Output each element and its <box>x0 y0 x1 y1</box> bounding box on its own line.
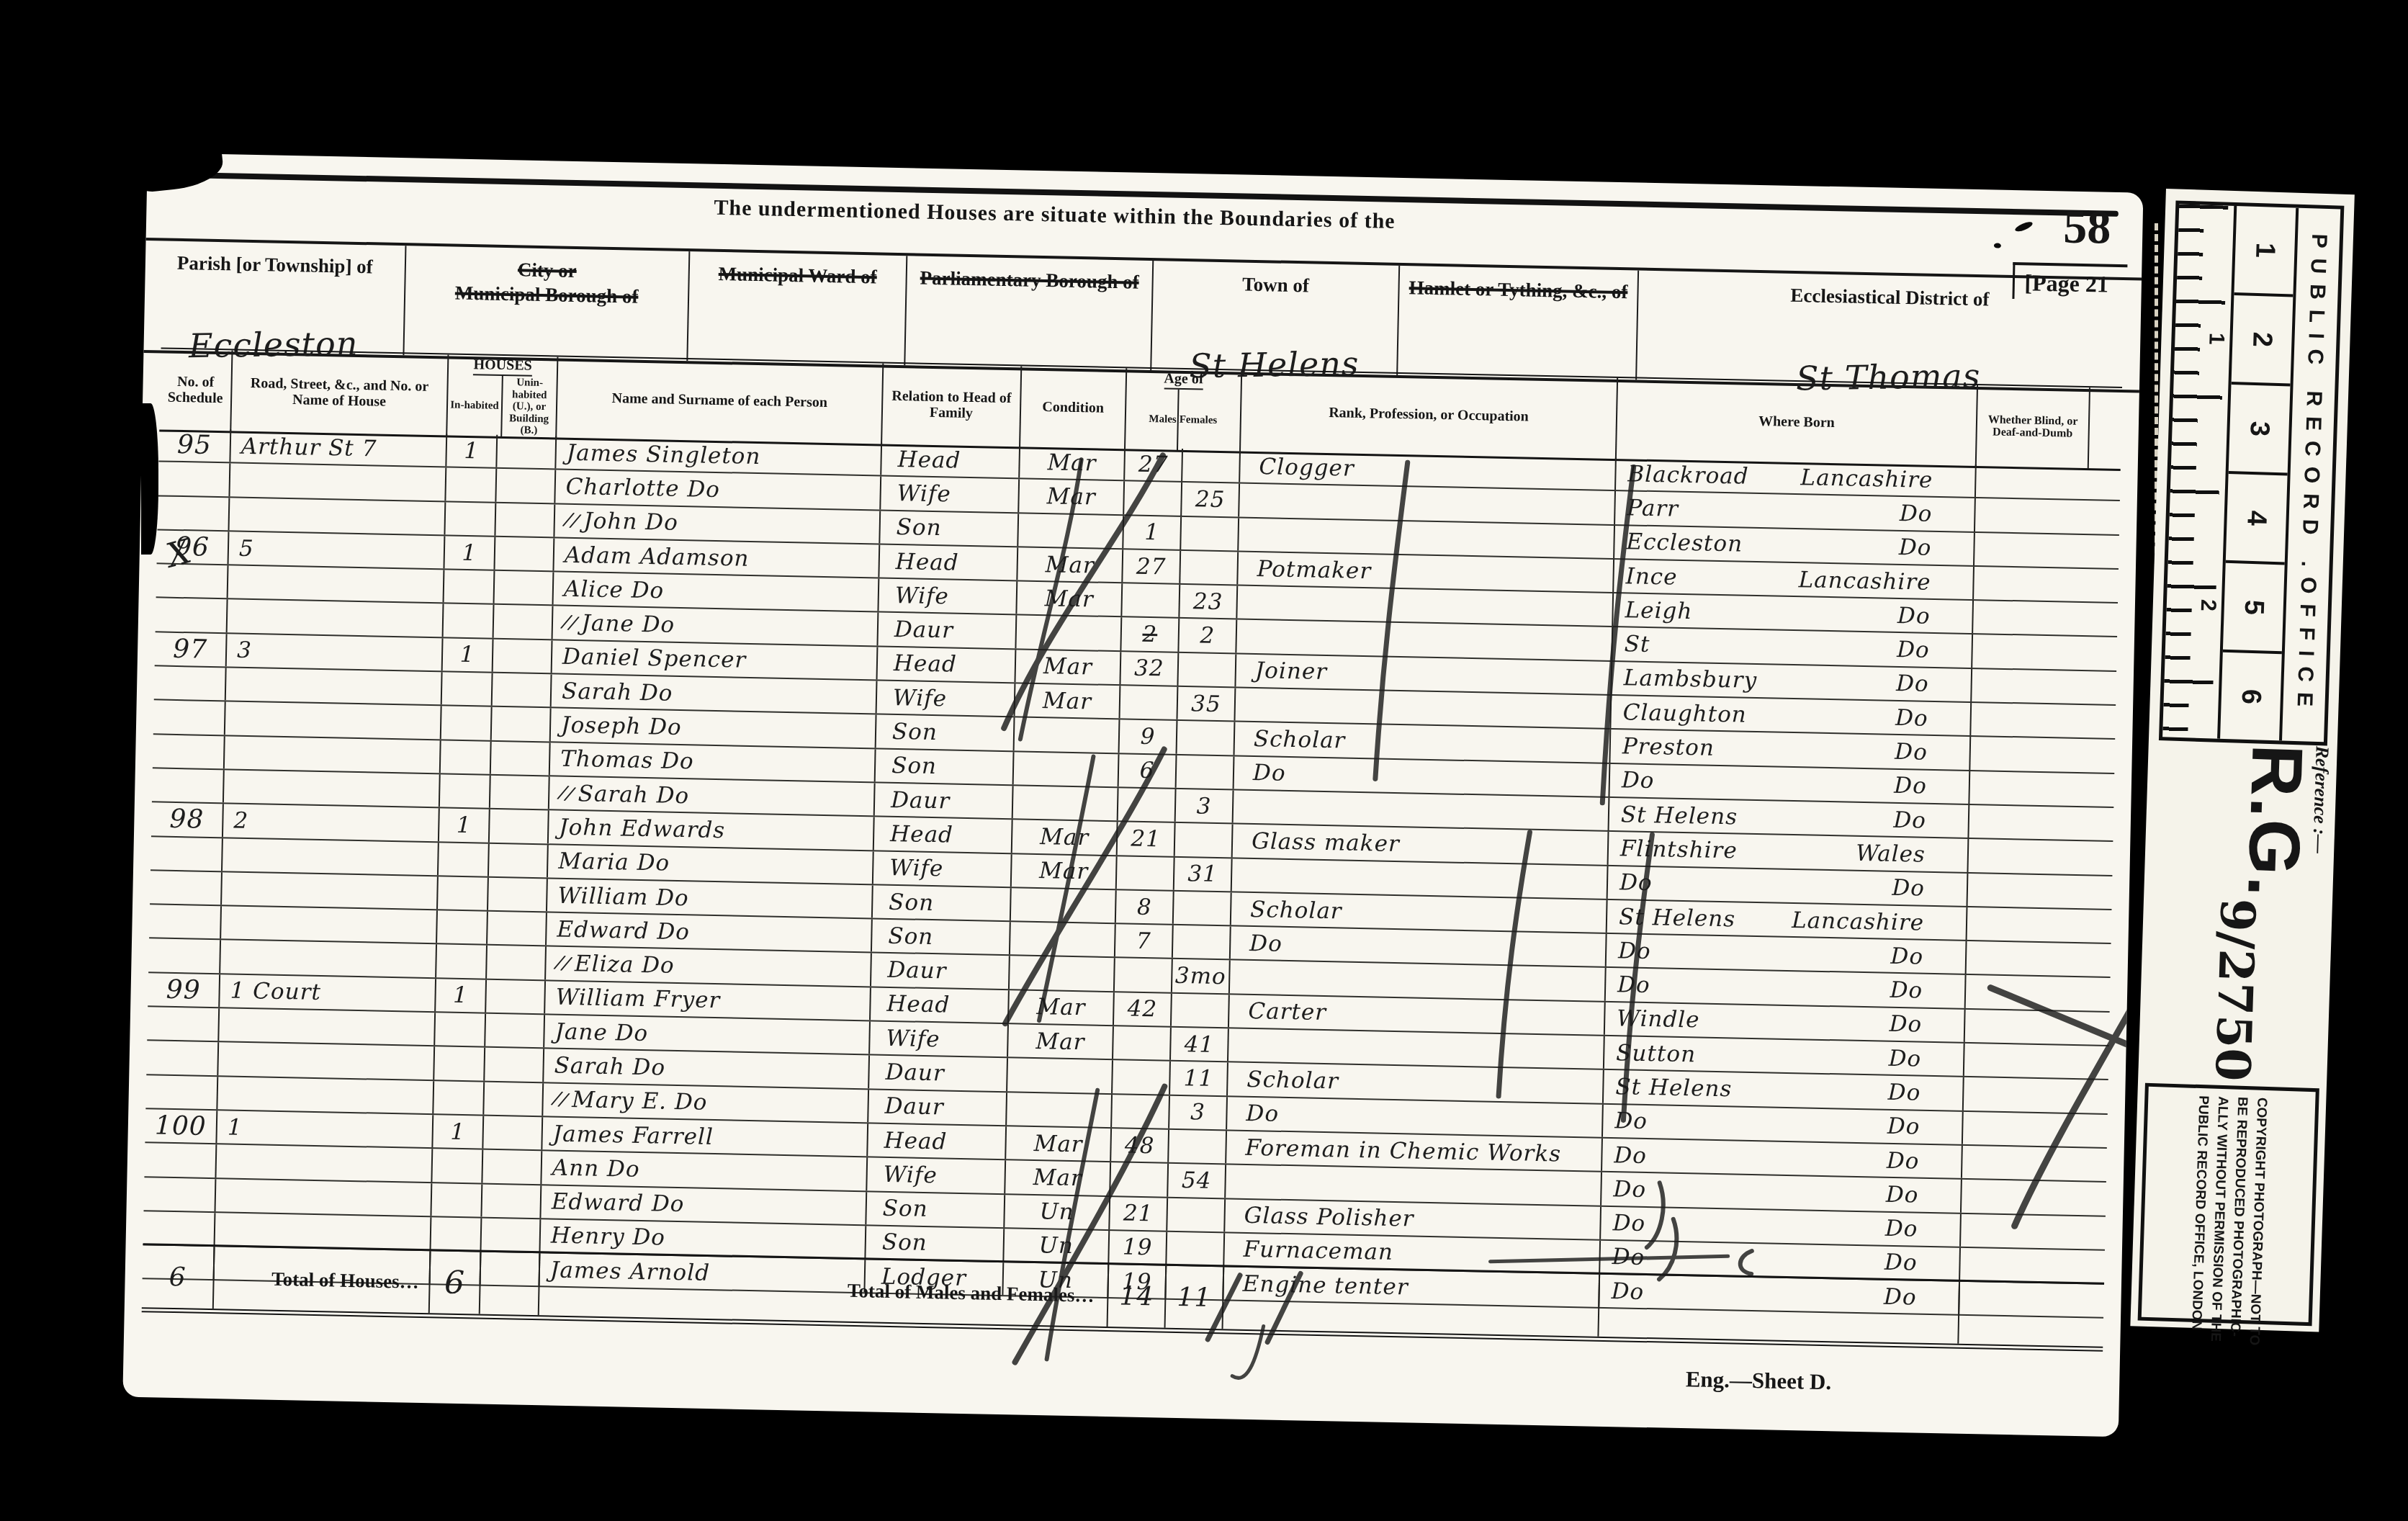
cell-age-female <box>1181 517 1239 551</box>
cell-name: //John Do <box>554 504 881 543</box>
cell-schedule: 97 <box>155 632 228 666</box>
cell-inhabited <box>444 570 495 604</box>
cell-age-female <box>1169 1130 1227 1164</box>
cell-inhabited <box>438 876 489 910</box>
col-females: Females <box>1178 390 1218 452</box>
header-field-5: Hamlet or Tything, &c., of <box>1398 266 1639 380</box>
cell-condition <box>1016 616 1122 650</box>
cell-blind <box>1965 1010 2078 1044</box>
cell-name: Edward Do <box>547 913 873 952</box>
cell-condition <box>1010 956 1115 991</box>
cell-blind <box>1974 567 2087 601</box>
col-houses: HOUSES <box>473 355 532 377</box>
cell-uninhabited <box>492 707 552 741</box>
cell-inhabited: 1 <box>433 1115 484 1149</box>
cell-blind <box>1963 1112 2076 1147</box>
cell-house: 1 <box>217 1111 433 1147</box>
cell-where-born: DoDo <box>1606 968 1967 1008</box>
cell-house <box>221 906 438 943</box>
cell-name: Adam Adamson <box>554 538 880 577</box>
header-field-label: Town of <box>1153 271 1398 300</box>
cell-schedule <box>150 837 223 871</box>
cell-age-female <box>1182 449 1241 483</box>
cell-age-male: 19 <box>1109 1231 1167 1265</box>
cell-name: Joseph Do <box>551 709 877 748</box>
cell-age-male <box>1113 1026 1172 1060</box>
cell-relation: Head <box>878 647 1017 682</box>
cell-age-female <box>1167 1198 1226 1231</box>
cell-where-born: St HelensDo <box>1604 1070 1964 1110</box>
cell-occupation <box>1239 518 1615 558</box>
col-uninhabited: Unin-habited (U.), or Building (B.) <box>502 376 557 438</box>
col-relation: Relation to Head of Family <box>882 364 1022 448</box>
cell-inhabited: 1 <box>436 979 487 1013</box>
cell-occupation <box>1226 1165 1602 1206</box>
cell-occupation <box>1239 484 1616 524</box>
cell-uninhabited <box>495 503 555 537</box>
cell-age-female <box>1177 755 1235 789</box>
ruler-cell-number: 3 <box>2229 385 2291 476</box>
cell-age-female: 3 <box>1169 1095 1228 1129</box>
cell-uninhabited <box>487 946 547 979</box>
cell-house <box>218 1043 435 1080</box>
cell-schedule <box>156 598 228 632</box>
cell-inhabited <box>440 774 491 808</box>
cell-schedule: 95 <box>158 428 231 462</box>
cell-uninhabited <box>488 912 547 946</box>
cell-relation: Son <box>866 1226 1005 1261</box>
cell-relation: Head <box>868 1123 1007 1159</box>
cell-relation: Son <box>880 511 1019 546</box>
col-born: Where Born <box>1617 378 1978 467</box>
cell-occupation: Glass maker <box>1233 825 1609 865</box>
rg-series-label: R.G. <box>2238 743 2312 902</box>
cell-blind <box>1964 1077 2077 1112</box>
cell-age-female <box>1178 653 1236 687</box>
cell-name: Maria Do <box>548 845 874 884</box>
cell-relation: Daur <box>871 954 1010 989</box>
cell-relation: Head <box>881 443 1020 478</box>
cell-occupation: Joiner <box>1236 654 1612 694</box>
empty-cell <box>480 1252 541 1316</box>
cell-house <box>224 770 441 807</box>
cell-age-male: 21 <box>1110 1197 1168 1231</box>
cell-occupation: Do <box>1234 756 1611 797</box>
cell-inhabited <box>437 910 488 944</box>
cell-name: William Fryer <box>545 981 871 1020</box>
cell-house <box>225 702 442 739</box>
header-field-label: City or Municipal Borough of <box>405 256 688 310</box>
tally-mark: // <box>552 1087 570 1112</box>
cell-condition <box>1015 718 1120 753</box>
cell-age-female <box>1174 892 1232 925</box>
cell-inhabited <box>432 1149 483 1183</box>
cell-blind <box>1962 1146 2075 1180</box>
ruler-cell-number: 4 <box>2226 474 2288 565</box>
empty-cell <box>1959 1282 2072 1346</box>
cell-where-born: LambsburyDo <box>1612 662 1972 701</box>
col-rank: Rank, Profession, or Occupation <box>1241 371 1618 459</box>
cell-where-born: WindleDo <box>1605 1002 1966 1042</box>
cell-house: 3 <box>227 634 444 670</box>
cell-age-female <box>1175 823 1234 857</box>
cell-where-born: DoDo <box>1603 1104 1964 1144</box>
cell-where-born: ParrDo <box>1615 491 1976 531</box>
cell-age-male <box>1110 1162 1169 1196</box>
cell-where-born: DoDo <box>1602 1139 1963 1178</box>
cell-where-born: FlintshireWales <box>1609 832 1969 871</box>
cell-occupation <box>1230 961 1607 1001</box>
cell-inhabited <box>445 502 496 536</box>
cell-inhabited <box>441 740 492 774</box>
cell-inhabited <box>439 843 490 876</box>
cell-inhabited <box>433 1081 485 1115</box>
cell-uninhabited <box>482 1184 542 1218</box>
cell-relation: Head <box>879 544 1018 580</box>
film-tear <box>141 403 158 555</box>
cell-uninhabited <box>489 843 549 877</box>
cell-inhabited <box>444 604 495 638</box>
col-males: Males <box>1148 389 1180 450</box>
ruler-inch-number: 2 <box>2196 599 2221 612</box>
cell-house <box>217 1077 434 1113</box>
cell-house <box>230 498 446 534</box>
cell-relation: Daur <box>869 1056 1008 1091</box>
cell-condition: Un <box>1005 1195 1110 1229</box>
cell-blind <box>1969 771 2083 806</box>
cell-age-female: 3mo <box>1172 959 1231 993</box>
ruler-cell-number: 1 <box>2234 206 2296 297</box>
cell-uninhabited <box>482 1150 542 1184</box>
cell-blind <box>1973 601 2086 635</box>
cell-relation: Daur <box>868 1090 1007 1125</box>
cell-occupation: Scholar <box>1231 892 1608 933</box>
cell-name: //Jane Do <box>553 606 879 645</box>
cell-uninhabited <box>490 776 550 809</box>
cell-house <box>226 668 443 704</box>
cell-blind <box>1960 1248 2073 1283</box>
cell-schedule <box>154 666 227 700</box>
total-houses-left: 6 <box>142 1245 215 1309</box>
scanned-census-page: { "page": { "number": "58", "page_box": … <box>0 0 2408 1521</box>
col-condition: Condition <box>1020 366 1127 449</box>
total-females: 11 <box>1166 1266 1225 1329</box>
cell-age-male <box>1113 1061 1171 1095</box>
header-field-3: Parliamentary Borough of <box>905 256 1154 370</box>
copyright-line: COPYRIGHT PHOTOGRAPH—NOT TO <box>2246 1097 2269 1314</box>
cell-where-born: DoDo <box>1607 934 1967 974</box>
cell-relation: Daur <box>875 783 1014 818</box>
cell-where-born: ClaughtonDo <box>1611 696 1972 735</box>
cell-condition: Mar <box>1017 547 1123 582</box>
cell-age-male <box>1115 959 1173 992</box>
cell-schedule <box>158 496 230 530</box>
cell-age-male: 48 <box>1111 1129 1169 1162</box>
cell-condition: Mar <box>1005 1160 1111 1195</box>
cell-uninhabited <box>490 809 549 843</box>
cell-house <box>230 464 446 501</box>
cell-name: //Eliza Do <box>546 947 872 986</box>
cell-house <box>223 838 439 875</box>
empty-cell <box>1223 1267 1601 1336</box>
col-schedule: No. of Schedule <box>159 349 233 431</box>
header-field-6: Ecclesiastical District ofSt Thomas <box>1637 271 2142 390</box>
cell-condition <box>1013 786 1119 820</box>
cell-occupation <box>1236 620 1613 660</box>
cell-occupation: Potmaker <box>1238 552 1614 592</box>
cell-house <box>222 872 439 909</box>
cell-blind <box>1962 1180 2075 1214</box>
cell-house: 1 Court <box>220 974 436 1011</box>
cell-house <box>228 566 445 603</box>
cell-relation: Wife <box>867 1158 1006 1193</box>
cell-where-born: PrestonDo <box>1610 730 1971 769</box>
cell-condition: Mar <box>1015 650 1121 684</box>
cell-age-male <box>1120 686 1179 719</box>
cell-name: Sarah Do <box>544 1049 870 1088</box>
cell-where-born: St HelensLancashire <box>1607 900 1968 940</box>
cell-age-female <box>1177 721 1236 755</box>
public-record-office-strip: PUBLIC RECORD .OFFICE 123456 12 Referenc… <box>2130 189 2354 1332</box>
cell-where-born: SuttonDo <box>1604 1036 1965 1076</box>
cell-name: Thomas Do <box>550 742 876 781</box>
cell-where-born: DoDo <box>1609 764 1970 804</box>
pro-ruler: PUBLIC RECORD .OFFICE 123456 12 <box>2159 200 2344 745</box>
cell-schedule <box>143 1211 216 1245</box>
cell-occupation: Clogger <box>1240 450 1617 490</box>
cell-age-female: 23 <box>1180 585 1238 619</box>
cell-name: //Sarah Do <box>549 776 876 815</box>
cell-occupation: Do <box>1231 927 1607 967</box>
cell-relation: Son <box>866 1192 1005 1227</box>
col-age-group: Age of Males Females <box>1126 368 1242 452</box>
cell-blind <box>1975 498 2088 533</box>
col-blind: Whether Blind, or Deaf-and-Dumb <box>1977 385 2090 469</box>
cell-schedule <box>153 701 226 735</box>
cell-schedule: 98 <box>151 803 224 837</box>
cell-uninhabited <box>491 741 551 775</box>
total-houses-label: Total of Houses… <box>214 1247 431 1313</box>
cell-occupation: Glass Polisher <box>1225 1199 1601 1239</box>
cell-name: Jane Do <box>544 1015 871 1054</box>
cell-uninhabited <box>495 537 554 571</box>
cell-schedule: 100 <box>145 1109 217 1143</box>
header-field-label: Parish [or Township] of <box>145 251 405 280</box>
cell-schedule <box>149 905 222 938</box>
cell-condition: Un <box>1004 1229 1110 1263</box>
cell-name: William Do <box>547 879 873 917</box>
cell-condition <box>1011 888 1117 923</box>
col-age: Age of <box>1164 369 1204 390</box>
cell-house: Arthur St 7 <box>230 429 447 466</box>
cell-inhabited: 1 <box>446 434 498 467</box>
cell-age-male: 8 <box>1116 890 1174 924</box>
cell-age-male: 27 <box>1123 549 1181 583</box>
cell-where-born: BlackroadLancashire <box>1616 457 1977 497</box>
cell-age-male: 2 <box>1121 618 1180 652</box>
cell-relation: Son <box>873 885 1012 920</box>
census-sheet: The undermentioned Houses are situate wi… <box>122 153 2143 1437</box>
ruler-cell-number: 2 <box>2231 295 2293 387</box>
cell-schedule <box>144 1143 217 1177</box>
cell-uninhabited <box>485 1014 545 1048</box>
col-houses-group: HOUSES In-habited Unin-habited (U.), or … <box>447 354 558 438</box>
cell-inhabited <box>436 945 488 979</box>
cell-uninhabited <box>485 1048 544 1082</box>
cell-relation: Head <box>874 817 1013 853</box>
ruler-cell-number: 5 <box>2223 563 2285 655</box>
header-field-1: City or Municipal Borough of <box>404 246 690 361</box>
cell-relation: Wife <box>881 477 1020 512</box>
cell-condition <box>1010 922 1116 956</box>
cell-inhabited <box>435 1013 486 1046</box>
cell-relation: Son <box>876 715 1015 750</box>
cell-uninhabited <box>494 605 554 639</box>
cell-condition <box>1014 752 1120 786</box>
ink-speck <box>1994 243 2001 248</box>
cell-house <box>228 600 444 637</box>
cell-condition: Mar <box>1012 820 1118 855</box>
cell-schedule <box>145 1075 218 1109</box>
cell-condition: Mar <box>1015 683 1121 718</box>
cell-inhabited <box>442 672 493 706</box>
cell-inhabited <box>431 1183 482 1217</box>
cell-blind <box>1971 703 2084 737</box>
cell-condition: Mar <box>1009 990 1115 1025</box>
piece-number: 9/2750 <box>2138 897 2332 1083</box>
cell-relation: Wife <box>877 681 1016 717</box>
cell-age-male: 27 <box>1125 447 1183 481</box>
cell-condition: Mar <box>1017 582 1123 616</box>
cell-where-born: LeighDo <box>1613 593 1974 633</box>
cell-occupation: Foreman in Chemic Works <box>1226 1131 1603 1171</box>
header-field-2: Municipal Ward of <box>688 251 907 365</box>
cell-age-female: 31 <box>1174 857 1233 891</box>
cell-name: Daniel Spencer <box>552 640 879 679</box>
cell-uninhabited <box>481 1218 541 1252</box>
cell-name: James Singleton <box>556 436 882 475</box>
cell-occupation <box>1234 790 1610 830</box>
cell-condition: Mar <box>1008 1024 1114 1059</box>
cell-inhabited <box>434 1047 485 1081</box>
col-name: Name and Surname of each Person <box>557 357 884 445</box>
cell-inhabited: 1 <box>443 638 494 672</box>
cell-where-born: St HelensDo <box>1609 798 1970 838</box>
cell-age-male <box>1112 1095 1170 1129</box>
cell-house: 2 <box>223 804 440 841</box>
cell-relation: Son <box>872 920 1011 955</box>
cell-where-born: DoDo <box>1601 1206 1962 1246</box>
tally-mark: // <box>563 508 582 533</box>
cell-age-male: 1 <box>1123 516 1182 549</box>
cell-name: Charlotte Do <box>555 470 881 509</box>
cell-house <box>216 1144 433 1181</box>
cell-name: Alice Do <box>554 573 880 611</box>
cell-uninhabited <box>483 1116 543 1150</box>
cell-occupation <box>1235 688 1612 729</box>
col-house: Road, Street, &c., and No. or Name of Ho… <box>231 350 449 436</box>
cell-age-female <box>1180 551 1239 585</box>
cell-uninhabited <box>488 878 548 912</box>
cell-age-female <box>1172 994 1230 1028</box>
cell-occupation: Scholar <box>1228 1063 1604 1103</box>
cell-where-born: DoDo <box>1601 1172 1962 1212</box>
col-inhabited: In-habited <box>447 375 503 437</box>
tally-mark: // <box>557 781 576 806</box>
cell-uninhabited <box>496 469 556 503</box>
cell-blind <box>1976 465 2089 499</box>
total-males-females-label: Total of Males and Females… <box>539 1253 1110 1327</box>
cell-condition <box>1018 513 1124 548</box>
cell-condition: Mar <box>1019 480 1125 514</box>
cell-house <box>215 1213 432 1249</box>
cell-occupation <box>1237 586 1614 627</box>
cell-occupation: Scholar <box>1235 722 1612 763</box>
cell-uninhabited <box>486 979 546 1013</box>
cell-house <box>225 736 441 773</box>
cell-age-female: 41 <box>1171 1028 1229 1062</box>
cell-relation: Wife <box>870 1021 1009 1056</box>
cell-condition: Mar <box>1012 854 1118 889</box>
cell-condition: Mar <box>1020 445 1126 480</box>
header-field-4: Town ofSt Helens <box>1151 261 1400 375</box>
header-field-label: Hamlet or Tything, &c., of <box>1399 276 1637 305</box>
cell-blind <box>1972 669 2085 704</box>
cell-blind <box>1968 839 2081 874</box>
cell-where-born: StDo <box>1612 627 1973 667</box>
cell-condition: Mar <box>1006 1126 1112 1161</box>
cell-house <box>216 1179 433 1216</box>
cell-age-male <box>1118 788 1177 822</box>
cell-age-male <box>1117 856 1175 890</box>
empty-cell <box>1599 1275 1960 1344</box>
cell-blind <box>1964 1044 2077 1078</box>
folio-number: 58 <box>2063 199 2112 255</box>
ruler-inch-number: 1 <box>2203 333 2229 346</box>
cell-age-male: 32 <box>1120 652 1179 686</box>
cell-schedule <box>146 1041 219 1075</box>
cell-blind <box>1970 737 2083 771</box>
cell-inhabited: 1 <box>439 809 490 843</box>
tally-mark: // <box>554 951 572 976</box>
cell-house: 5 <box>229 531 446 568</box>
cell-age-female <box>1167 1232 1225 1266</box>
cell-age-female: 3 <box>1176 789 1234 823</box>
cell-schedule <box>148 939 221 973</box>
cell-uninhabited <box>493 673 552 707</box>
header-field-label: Municipal Ward of <box>689 261 906 290</box>
cell-schedule <box>150 871 223 905</box>
cell-relation: Son <box>876 749 1015 784</box>
header-field-label: Parliamentary Borough of <box>907 266 1152 295</box>
cell-occupation: Do <box>1227 1097 1604 1137</box>
cell-age-female: 25 <box>1182 483 1240 516</box>
cell-blind <box>1961 1213 2074 1248</box>
cell-where-born: DoDo <box>1608 866 1969 905</box>
cell-inhabited: 1 <box>444 536 495 570</box>
total-males: 14 <box>1108 1265 1167 1328</box>
cell-blind <box>1975 533 2088 567</box>
cell-blind <box>1966 975 2079 1010</box>
cell-age-male: 6 <box>1119 754 1177 788</box>
cell-relation: Wife <box>879 579 1017 614</box>
cell-inhabited <box>441 706 493 740</box>
cell-name: //Mary E. Do <box>543 1083 869 1122</box>
cell-age-male: 21 <box>1118 822 1176 856</box>
copyright-notice-box: COPYRIGHT PHOTOGRAPH—NOT TOBE REPRODUCED… <box>2138 1083 2319 1326</box>
cell-condition <box>1007 1059 1113 1093</box>
cell-age-female: 2 <box>1179 619 1237 652</box>
